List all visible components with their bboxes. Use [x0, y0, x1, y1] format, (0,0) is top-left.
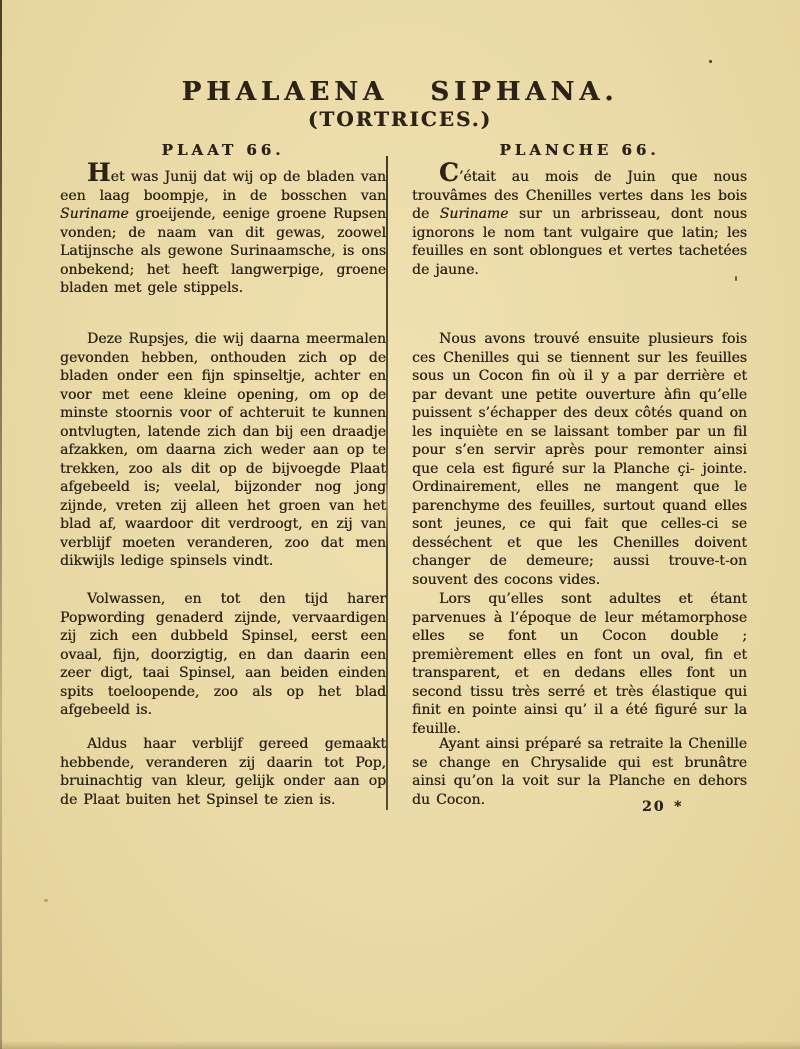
dutch-paragraph-2: Deze Rupsjes, die wij daarna meermalen g… [60, 330, 386, 571]
signature-mark: 20 * [642, 798, 683, 817]
french-paragraph-4: Ayant ainsi préparé sa retraite la Cheni… [412, 735, 747, 809]
page-subtitle: (TORTRICES.) [0, 107, 800, 131]
dutch-paragraph-4: Aldus haar verblijf gereed gemaakt hebbe… [60, 735, 386, 809]
ink-speck [709, 60, 712, 63]
column-divider-rule [386, 156, 388, 810]
french-paragraph-1: C’était au mois de Juin que nous trouvâm… [412, 168, 747, 279]
french-text-column: C’était au mois de Juin que nous trouvâm… [412, 168, 747, 848]
dutch-text-column: Het was Junij dat wij op de bladen van e… [60, 168, 386, 848]
french-paragraph-1-italic: Suriname [440, 206, 509, 222]
left-column-heading: PLAAT 66. [60, 141, 386, 159]
french-initial-letter: C [439, 158, 459, 187]
page-title: PHALAENA SIPHANA. [0, 77, 800, 107]
page-left-edge-shadow [0, 0, 2, 1049]
dutch-paragraph-1-italic: Suriname [60, 206, 129, 222]
right-column-heading: PLANCHE 66. [412, 141, 747, 159]
french-paragraph-3: Lors qu’elles sont adultes et étant parv… [412, 590, 747, 738]
ink-speck [44, 899, 48, 902]
book-page: PHALAENA SIPHANA. (TORTRICES.) PLAAT 66.… [0, 0, 800, 1049]
dutch-paragraph-1: Het was Junij dat wij op de bladen van e… [60, 168, 386, 298]
french-paragraph-2: Nous avons trouvé ensuite plusieurs fois… [412, 330, 747, 589]
ink-speck [735, 276, 737, 281]
dutch-initial-letter: H [87, 158, 111, 187]
page-bottom-edge-shadow [0, 1041, 800, 1049]
dutch-paragraph-3: Volwassen, en tot den tijd harer Popword… [60, 590, 386, 720]
